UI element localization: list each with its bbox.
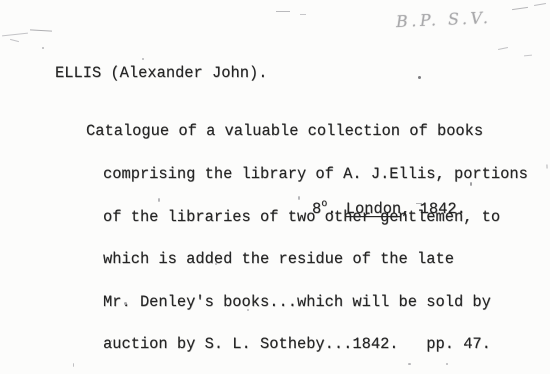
catalog-line: Catalogue of a valuable collection of bo… [86, 124, 528, 138]
card-heading: ELLIS (Alexander John). [55, 64, 267, 82]
imprint-place: London [346, 200, 401, 218]
catalog-line: comprising the library of A. J.Ellis, po… [103, 167, 528, 181]
catalog-line: which is added the residue of the late [103, 252, 528, 266]
imprint-tail: , 1842. [401, 200, 466, 218]
handwritten-annotation: B.P. S.V. [396, 8, 492, 31]
catalog-card: B.P. S.V. ELLIS (Alexander John). Catalo… [0, 0, 550, 374]
imprint-line: 8o. London, 1842. [312, 200, 466, 218]
catalog-line: auction by S. L. Sotheby...1842. pp. 47. [103, 337, 528, 351]
card-body: Catalogue of a valuable collection of bo… [86, 96, 528, 374]
catalog-line: Mr. Denley's books...which will be sold … [103, 295, 528, 309]
format-size: 8o. [312, 200, 346, 218]
